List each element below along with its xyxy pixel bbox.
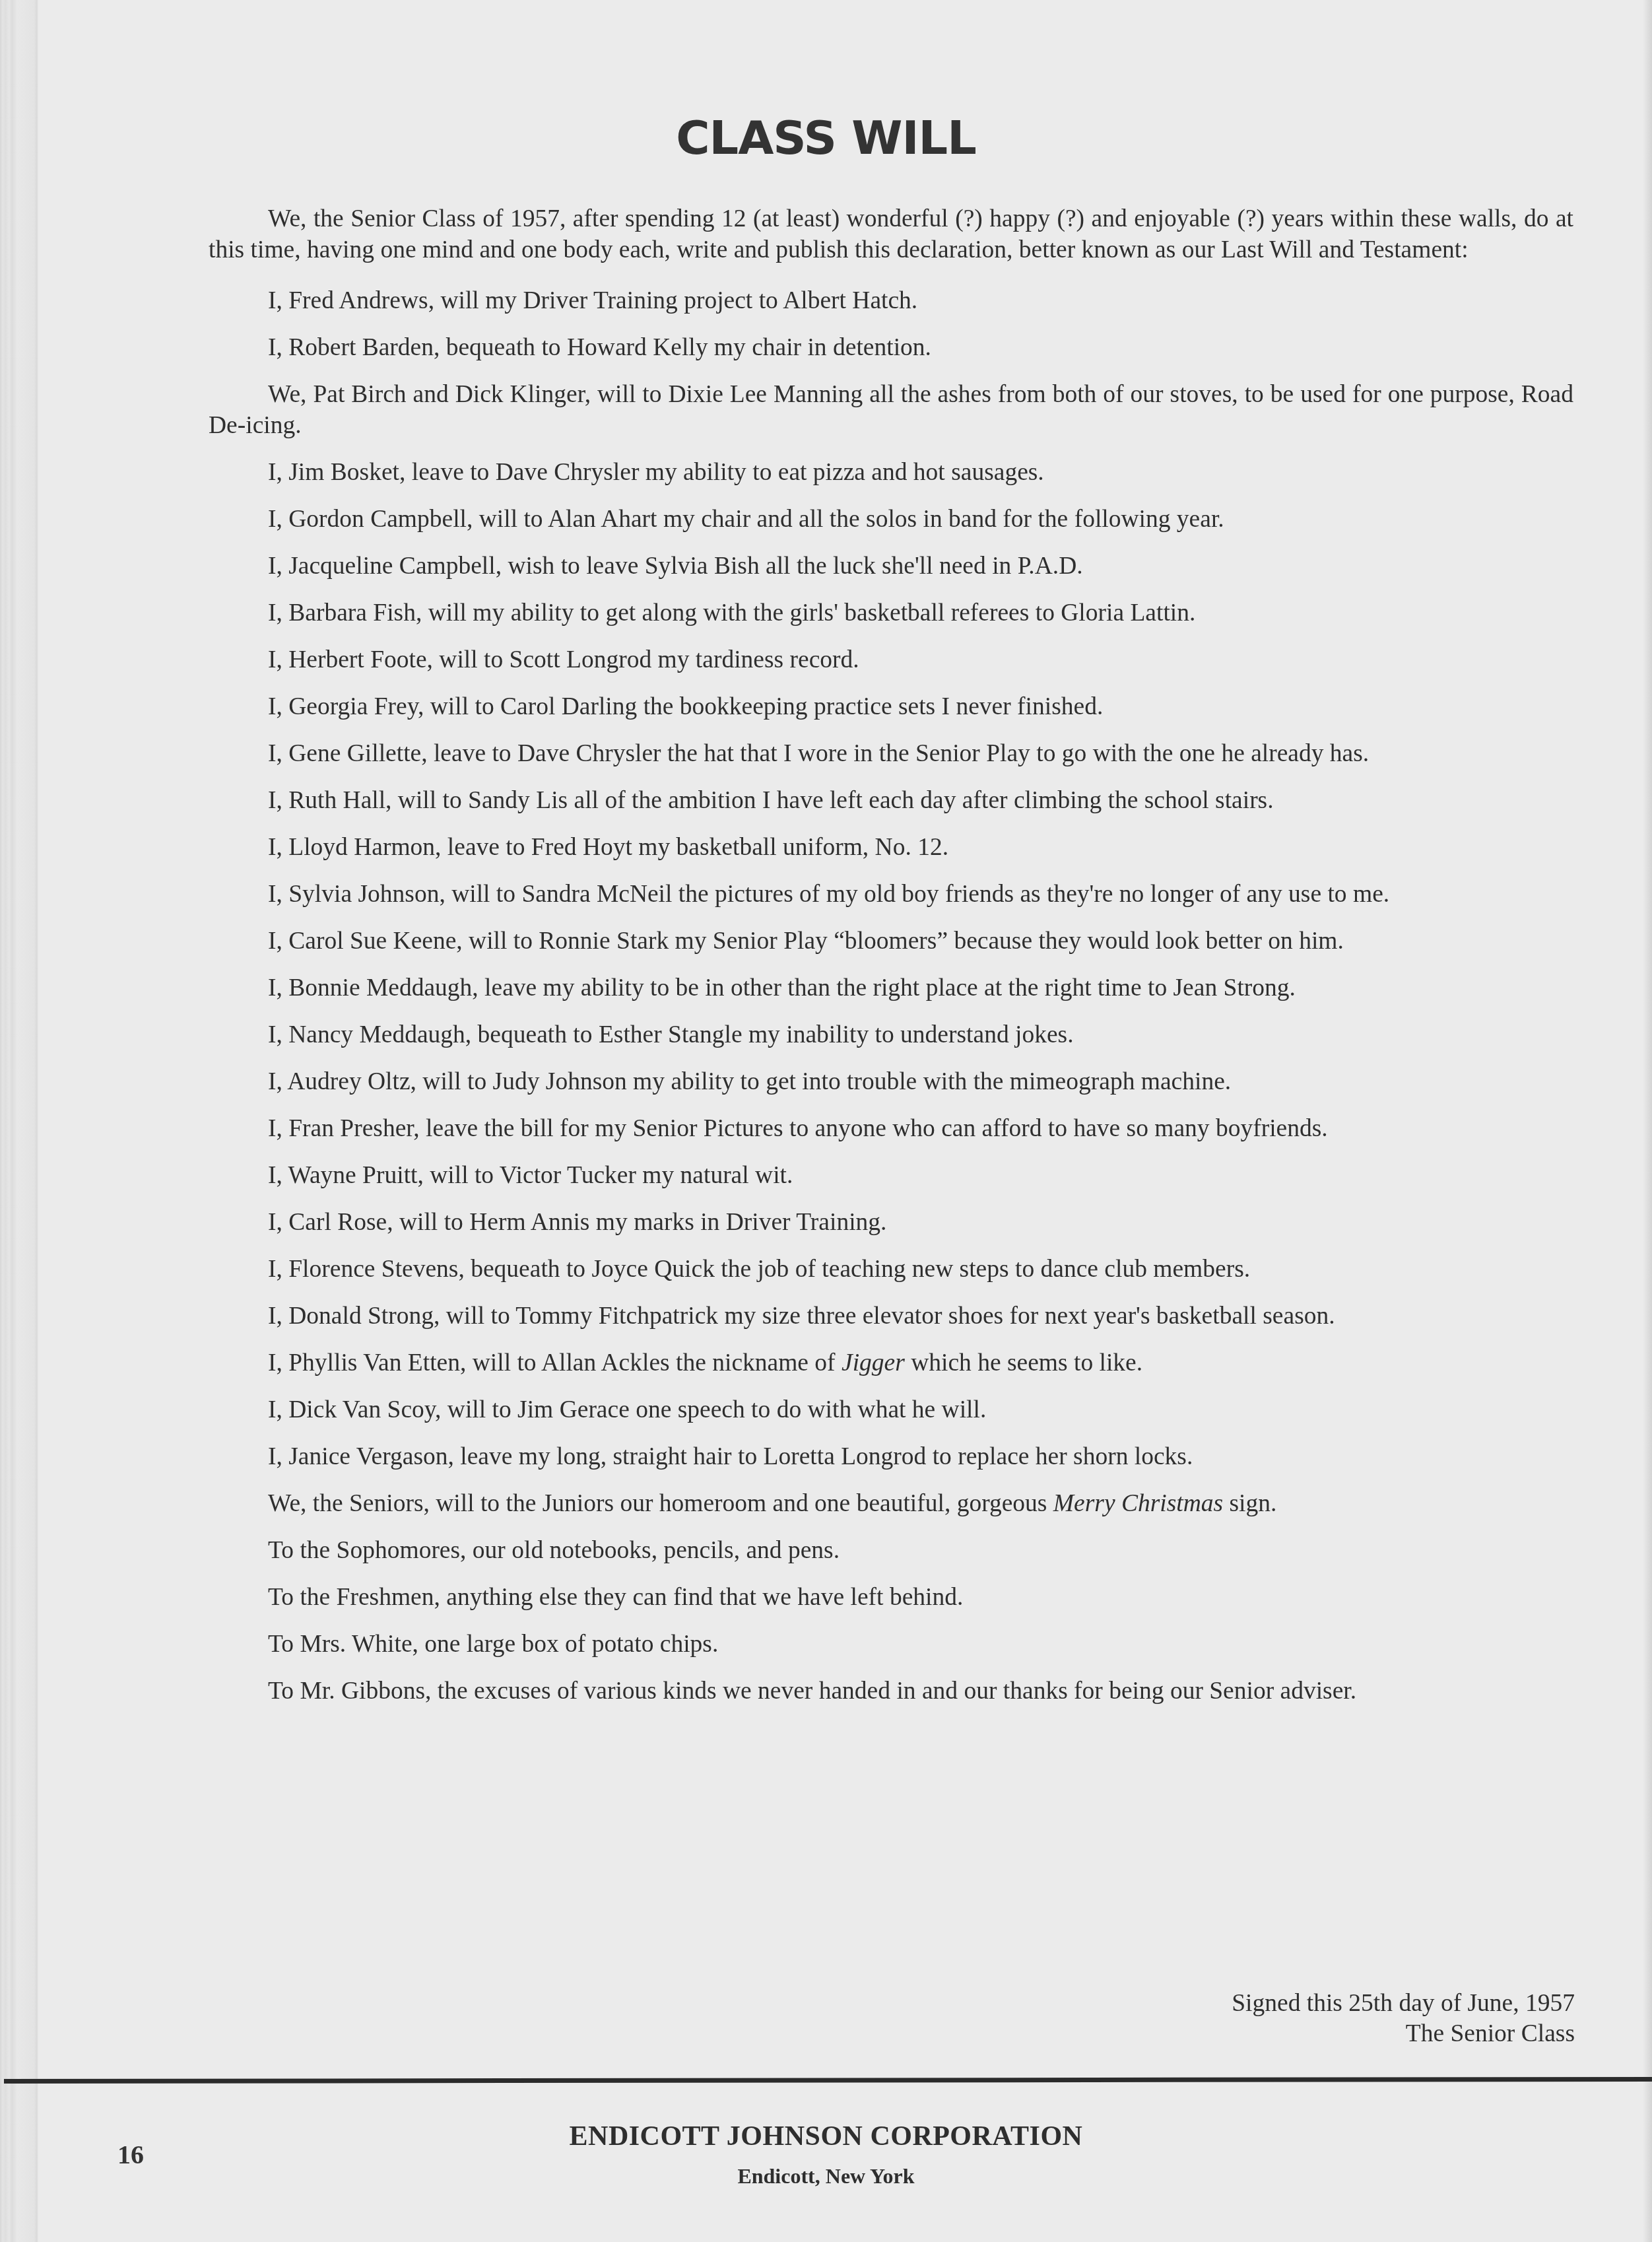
bequest-italic-text: Merry Christmas	[1053, 1490, 1223, 1517]
bequest-paragraph: I, Carol Sue Keene, will to Ronnie Stark…	[209, 926, 1573, 957]
bequest-paragraph: I, Audrey Oltz, will to Judy Johnson my …	[209, 1066, 1573, 1097]
page-binding-edge	[0, 0, 38, 2242]
bequest-paragraph: I, Bonnie Meddaugh, leave my ability to …	[209, 972, 1573, 1003]
sponsor-footer: ENDICOTT JOHNSON CORPORATION Endicott, N…	[0, 2121, 1652, 2189]
bequest-paragraph: I, Janice Vergason, leave my long, strai…	[209, 1441, 1573, 1472]
bequest-paragraph: To Mr. Gibbons, the excuses of various k…	[209, 1676, 1573, 1707]
bequest-paragraph: I, Dick Van Scoy, will to Jim Gerace one…	[209, 1394, 1573, 1425]
footer-divider	[4, 2077, 1652, 2084]
bequest-paragraph: I, Ruth Hall, will to Sandy Lis all of t…	[209, 785, 1573, 816]
bequest-paragraph: I, Nancy Meddaugh, bequeath to Esther St…	[209, 1019, 1573, 1050]
bequest-text: which he seems to like.	[905, 1349, 1142, 1376]
bequest-paragraph: I, Donald Strong, will to Tommy Fitchpat…	[209, 1301, 1573, 1332]
bequest-paragraph: I, Wayne Pruitt, will to Victor Tucker m…	[209, 1160, 1573, 1191]
bequest-paragraph: I, Carl Rose, will to Herm Annis my mark…	[209, 1207, 1573, 1238]
bequest-paragraph: I, Gordon Campbell, will to Alan Ahart m…	[209, 504, 1573, 535]
bequest-paragraph: I, Lloyd Harmon, leave to Fred Hoyt my b…	[209, 832, 1573, 863]
bequest-text: I, Phyllis Van Etten, will to Allan Ackl…	[268, 1349, 842, 1376]
bequest-paragraph: I, Georgia Frey, will to Carol Darling t…	[209, 691, 1573, 722]
bequest-paragraph: I, Florence Stevens, bequeath to Joyce Q…	[209, 1254, 1573, 1285]
page-title: CLASS WILL	[0, 111, 1652, 165]
page-right-edge	[1643, 0, 1652, 2242]
bequest-text: sign.	[1223, 1490, 1276, 1517]
bequest-italic-text: Jigger	[842, 1349, 905, 1376]
bequest-paragraph: To the Freshmen, anything else they can …	[209, 1582, 1573, 1613]
bequest-paragraph: I, Sylvia Johnson, will to Sandra McNeil…	[209, 879, 1573, 910]
bequest-paragraph: I, Jim Bosket, leave to Dave Chrysler my…	[209, 457, 1573, 488]
bequest-paragraph: I, Gene Gillette, leave to Dave Chrysler…	[209, 738, 1573, 769]
bequest-paragraph: We, the Seniors, will to the Juniors our…	[209, 1488, 1573, 1519]
bequest-list: I, Fred Andrews, will my Driver Training…	[209, 285, 1573, 1707]
bequest-paragraph: To Mrs. White, one large box of potato c…	[209, 1629, 1573, 1660]
signature-signer-line: The Senior Class	[1232, 2019, 1575, 2049]
sponsor-company-name: ENDICOTT JOHNSON CORPORATION	[0, 2121, 1652, 2152]
bequest-paragraph: I, Phyllis Van Etten, will to Allan Ackl…	[209, 1347, 1573, 1378]
signature-date-line: Signed this 25th day of June, 1957	[1232, 1988, 1575, 2019]
bequest-paragraph: I, Barbara Fish, will my ability to get …	[209, 597, 1573, 628]
preamble-paragraph: We, the Senior Class of 1957, after spen…	[209, 203, 1573, 265]
bequest-text: We, the Seniors, will to the Juniors our…	[268, 1490, 1053, 1517]
bequest-paragraph: To the Sophomores, our old notebooks, pe…	[209, 1535, 1573, 1566]
bequest-paragraph: We, Pat Birch and Dick Klinger, will to …	[209, 379, 1573, 441]
class-will-body: We, the Senior Class of 1957, after spen…	[209, 203, 1573, 1722]
bequest-paragraph: I, Fran Presher, leave the bill for my S…	[209, 1113, 1573, 1144]
sponsor-location: Endicott, New York	[0, 2164, 1652, 2189]
bequest-paragraph: I, Jacqueline Campbell, wish to leave Sy…	[209, 551, 1573, 582]
bequest-paragraph: I, Fred Andrews, will my Driver Training…	[209, 285, 1573, 316]
signature-block: Signed this 25th day of June, 1957 The S…	[1232, 1988, 1575, 2049]
bequest-paragraph: I, Herbert Foote, will to Scott Longrod …	[209, 644, 1573, 675]
bequest-paragraph: I, Robert Barden, bequeath to Howard Kel…	[209, 332, 1573, 363]
